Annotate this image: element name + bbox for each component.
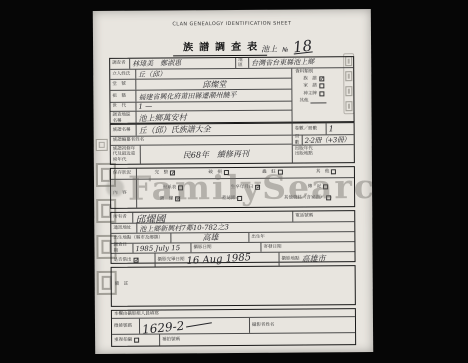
- source-option: 族 譜 ✓: [303, 76, 350, 81]
- clan-surname-value: 丘（邱）: [136, 69, 291, 79]
- checkbox: ✓: [175, 196, 180, 201]
- genealogy-title-value: 丘（邱）氏族譜大全: [137, 124, 292, 136]
- edition-years-label: 族譜初修年代及最近重修年代: [111, 146, 141, 164]
- filming-complete-cell: 攝影完畢日期 16 Aug 1985: [156, 253, 280, 267]
- ancestral-home-value: 福建省興化府莆田縣遷潮州饒平: [136, 90, 291, 102]
- edition-years-value: 民68年 續修再刊: [141, 145, 292, 164]
- table-row: 卷數／冊數 1: [293, 123, 354, 135]
- owner-label: 所有者: [111, 213, 133, 223]
- condition-option: 其 他: [316, 170, 337, 175]
- checkbox: [178, 186, 183, 191]
- microfilm-number-label: 微捲號碼: [112, 319, 140, 334]
- compiler-label: 族譜編纂者姓名: [111, 136, 292, 145]
- surveyor-value: 林瑋美 鄭淑惠: [130, 58, 236, 69]
- location-note: 池上: [261, 45, 277, 54]
- volumes-label: 卷數／冊數: [293, 123, 327, 134]
- mailing-address-label: 通訊地址: [111, 224, 137, 233]
- pages-label: 頁數: [293, 136, 303, 145]
- condition-options: 完 整✓ 破 損 蟲 蛀 其 他: [137, 167, 354, 179]
- volumes-value: 1: [327, 123, 354, 134]
- checkbox: ✓: [134, 258, 139, 263]
- checkbox: [323, 185, 328, 190]
- retake-number-label: 補拍號碼: [160, 333, 355, 345]
- birthplace-label: 出生地點（縣市及鄉鎮）: [111, 233, 171, 242]
- content-option: 圖 像✓: [160, 196, 181, 201]
- checkbox: ✓: [170, 171, 175, 176]
- filming-place-value: 高雄市: [301, 253, 325, 265]
- checkbox: [134, 338, 139, 343]
- checkbox: ✓: [255, 185, 260, 190]
- source-option-other: 其他: [299, 98, 350, 104]
- genealogy-title-label: 族譜名稱: [111, 125, 137, 136]
- content-option: 世系表: [163, 186, 184, 191]
- birthplace-value: 高雄: [171, 233, 249, 243]
- condition-option: 蟲 蛀: [262, 170, 283, 175]
- checkbox: [331, 170, 336, 175]
- table-row: 內 容 世系表 生卒年月日✓ 傳 記 圖 像✓ 墓誌銘 其他資料（含家訓）: [111, 178, 354, 208]
- remarks-box: 備 註: [111, 265, 356, 307]
- microfilm-number-value: 1629-2: [140, 318, 250, 334]
- seal-mark-icon: [96, 139, 108, 151]
- loaned-out-cell: 是否借出 ✓: [112, 254, 156, 267]
- content-option: 其他資料（含家訓）: [284, 195, 332, 201]
- sheet-number: 18: [293, 39, 313, 54]
- table-row: 微捲號碼 1629-2 攝影者姓名: [112, 317, 355, 335]
- document-sheet: CLAN GENEALOGY IDENTIFICATION SHEET 族譜調查…: [93, 9, 373, 354]
- hall-name-value: 邱燦堂: [136, 79, 291, 90]
- checkbox: [237, 196, 242, 201]
- pages-value: 2-2冊（+3冊）: [303, 135, 354, 144]
- checkbox: [326, 195, 331, 200]
- table-row: 出版年代 出版地點: [293, 145, 354, 162]
- content-option: 墓誌銘: [222, 196, 243, 201]
- remarks-label: 備 註: [115, 282, 129, 287]
- publish-info-cell: 出版年代 出版地點: [293, 145, 354, 162]
- area-label: 地區: [236, 58, 249, 68]
- generations-value: 1 —: [136, 102, 291, 111]
- content-option: 生卒年月日✓: [231, 185, 261, 190]
- source-type-title: 資料類別: [295, 69, 350, 75]
- dispatch-date-label: 寄發日期: [261, 242, 354, 252]
- watermark-logo-icon: [106, 179, 124, 197]
- filming-complete-date: 16 Aug 1985: [186, 252, 251, 267]
- section-genealogy-table: 族譜名稱 丘（邱）氏族譜大全 族譜編纂者姓名 族譜初修年代及最近重修年代 民68…: [110, 122, 355, 165]
- microfilm-frame: CLAN GENEALOGY IDENTIFICATION SHEET 族譜調查…: [0, 0, 468, 363]
- mailing-address-value: 池上鄉新興村7鄰10-782之3: [137, 222, 354, 233]
- filming-date-label: 攝影日期: [191, 243, 261, 252]
- source-type-box: 資料類別 族 譜 ✓ 家 譜 神主牌 其他: [292, 68, 353, 123]
- office-use-table: 本欄由攝影組人員填寫 微捲號碼 1629-2 攝影者姓名 重複拍攝 補拍號碼: [111, 308, 356, 347]
- generations-label: 世 代: [110, 103, 136, 111]
- source-option: 神主牌: [303, 91, 350, 96]
- filming-place-cell: 攝影地點 高雄市: [279, 252, 354, 266]
- birth-year-label: 出生年: [249, 232, 354, 242]
- owner-value: 邱燿國: [133, 212, 293, 223]
- condition-option: 完 整✓: [155, 171, 176, 176]
- clan-surname-label: 立人姓氏: [110, 70, 136, 79]
- hall-name-label: 堂 號: [110, 80, 136, 90]
- checkbox: ✓: [319, 77, 324, 82]
- handwritten-sheet-number: 池上 № 18: [261, 36, 313, 55]
- page-title: 族譜調查表: [173, 38, 267, 57]
- section-owner-table: 所有者 邱燿國 電話號碼 通訊地址 池上鄉新興村7鄰10-782之3 出生地點（…: [110, 210, 355, 264]
- blank-line: [310, 98, 326, 103]
- checkbox: [224, 171, 229, 176]
- english-title: CLAN GENEALOGY IDENTIFICATION SHEET: [93, 20, 371, 28]
- surveyor-label: 調查者: [110, 59, 130, 69]
- contents-options: 世系表 生卒年月日✓ 傳 記 圖 像✓ 墓誌銘 其他資料（含家訓）: [137, 178, 354, 208]
- checkbox: [278, 170, 283, 175]
- area-value: 台灣省台東縣池上鄉: [249, 57, 353, 68]
- section-surveyor-table: 調查者 林瑋美 鄭淑惠 地區 台灣省台東縣池上鄉 立人姓氏 丘（邱） 堂 號 邱…: [109, 56, 354, 124]
- checkbox: [319, 91, 324, 96]
- ancestral-home-label: 祖 籍: [110, 91, 136, 102]
- number-label: №: [282, 47, 288, 54]
- source-option: 家 譜: [303, 84, 350, 89]
- table-row: 頁數 2-2冊（+3冊）: [293, 135, 354, 145]
- condition-label: 保存狀況: [111, 169, 137, 179]
- checkbox: [319, 84, 324, 89]
- condition-option: 破 損: [208, 170, 229, 175]
- photographer-label: 攝影者姓名: [250, 317, 355, 333]
- retake-cell: 重複拍攝: [112, 335, 160, 346]
- survey-date-label: 調查日期: [111, 244, 133, 253]
- table-row: 族譜初修年代及最近重修年代 民68年 續修再刊: [111, 145, 292, 164]
- survey-date-value: 1985 July 15: [133, 243, 191, 252]
- content-option: 傳 記: [308, 185, 329, 190]
- section-condition-table: 保存狀況 完 整✓ 破 損 蟲 蛀 其 他 內 容 世系表 生卒年月日✓ 傳 記: [110, 166, 355, 209]
- phone-label: 電話號碼: [293, 211, 354, 221]
